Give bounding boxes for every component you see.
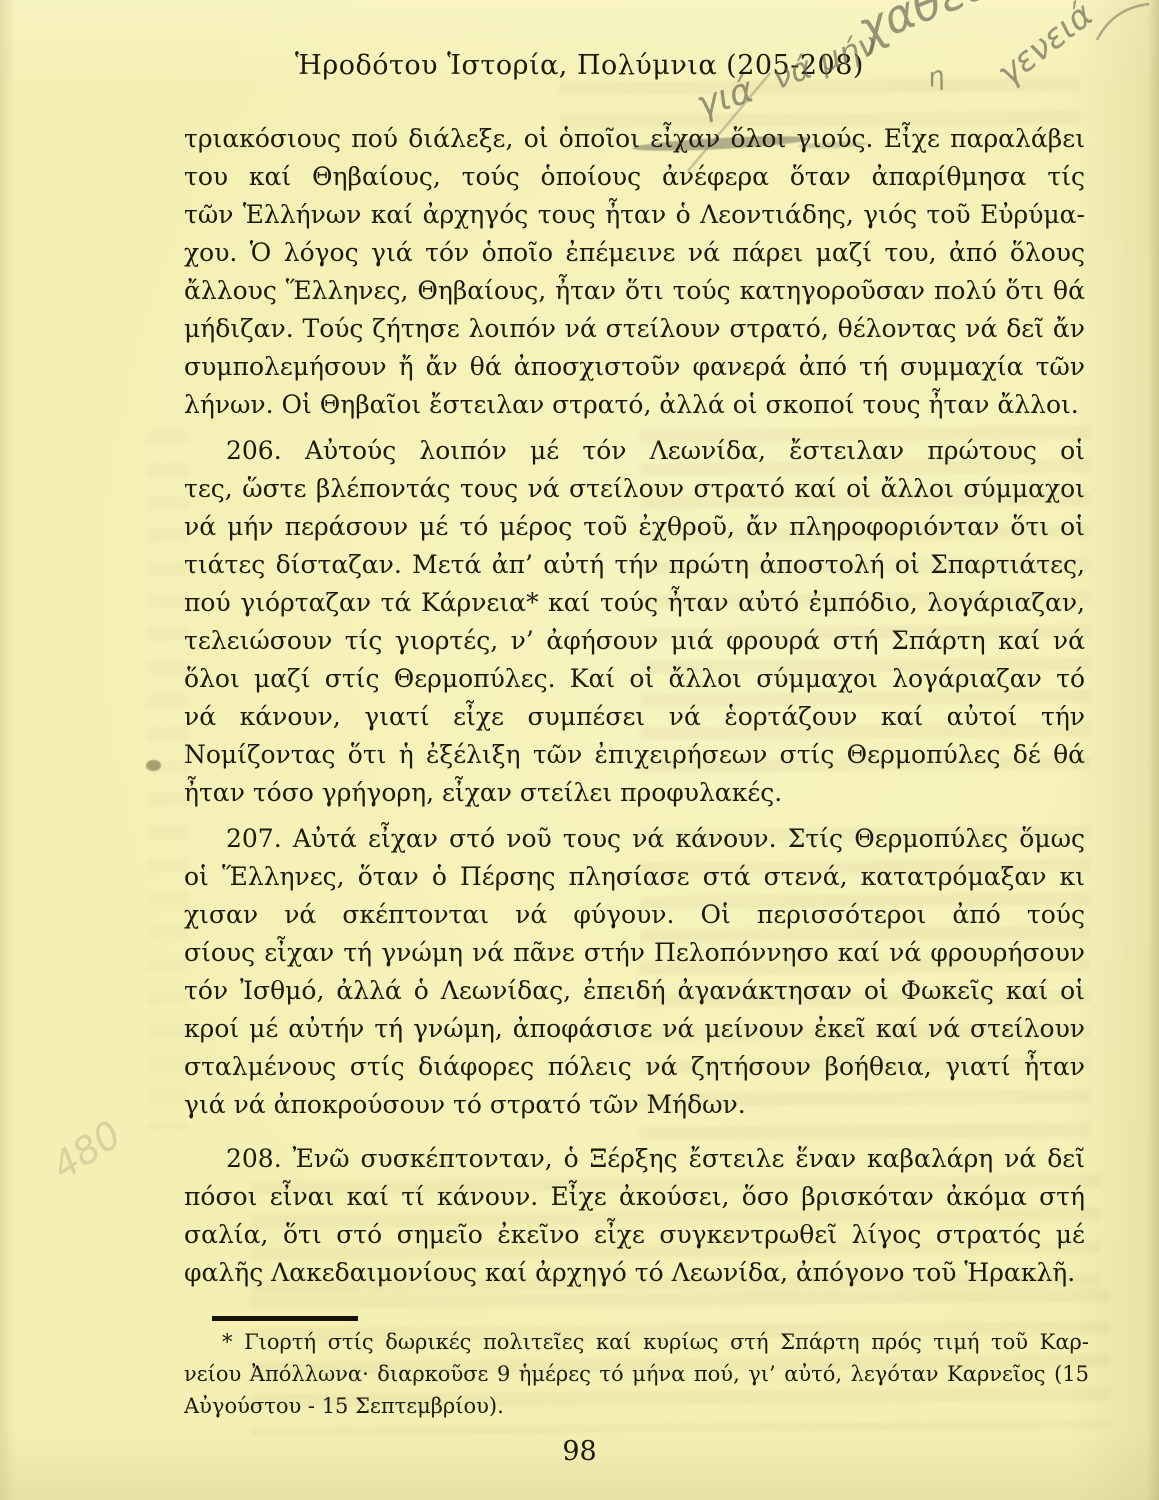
footnote-line: * Γιορτή στίς δωρικές πολιτεῖες καί κυρί… <box>184 1326 1089 1358</box>
text-line: φαλῆς Λακεδαιμονίους καί ἀρχηγό τό Λεωνί… <box>184 1254 1085 1292</box>
text-line: πού γιόρταζαν τά Κάρνεια* καί τούς ἦταν … <box>184 584 1085 622</box>
text-line: τριακόσιους πού διάλεξε, οἱ ὁποῖοι εἶχαν… <box>184 120 1085 158</box>
text-line: γιά νά ἀποκρούσουν τό στρατό τῶν Μήδων. <box>184 1086 1085 1124</box>
text-line: 207. Αὐτά εἶχαν στό νοῦ τους νά κάνουν. … <box>184 820 1085 858</box>
text-line: συμπολεμήσουν ἤ ἄν θά ἀποσχιστοῦν φανερά… <box>184 348 1085 386</box>
text-line: κροί μέ αὐτήν τή γνώμη, ἀποφάσισε νά μεί… <box>184 1010 1085 1048</box>
pencil-flourish-stroke <box>1093 0 1155 42</box>
text-line: ἄλλους Ἕλληνες, Θηβαίους, ἦταν ὅτι τούς … <box>184 272 1085 310</box>
paragraph-208: 208. Ἐνῶ συσκέπτονταν, ὁ Ξέρξης ἔστειλε … <box>184 1140 1085 1292</box>
text-line: χισαν νά σκέπτονται νά φύγουν. Οἱ περισσ… <box>184 896 1085 934</box>
text-line: ἦταν τόσο γρήγορη, εἶχαν στείλει προφυλα… <box>184 774 1085 812</box>
text-line: ὅλοι μαζί στίς Θερμοπύλες. Καί οἱ ἄλλοι … <box>184 660 1085 698</box>
text-line: μήδιζαν. Τούς ζήτησε λοιπόν νά στείλουν … <box>184 310 1085 348</box>
page-header: Ἡροδότου Ἱστορία, Πολύμνια (205-208) <box>0 50 1159 81</box>
text-line: τες, ὥστε βλέποντάς τους νά στείλουν στρ… <box>184 470 1085 508</box>
bleedthrough-ghost <box>148 430 188 1130</box>
ink-smudge <box>146 760 161 771</box>
text-line: χου. Ὁ λόγος γιά τόν ὁποῖο ἐπέμεινε νά π… <box>184 234 1085 272</box>
footnote: * Γιορτή στίς δωρικές πολιτεῖες καί κυρί… <box>184 1326 1089 1422</box>
text-line: σταλμένους στίς διάφορες πόλεις νά ζητήσ… <box>184 1048 1085 1086</box>
scanned-book-page: Ἡροδότου Ἱστορία, Πολύμνια (205-208) γιά… <box>0 0 1159 1500</box>
text-line: πόσοι εἶναι καί τί κάνουν. Εἶχε ἀκούσει,… <box>184 1178 1085 1216</box>
text-line: του καί Θηβαίους, τούς ὁποίους ἀνέφερα ὅ… <box>184 158 1085 196</box>
text-line: 208. Ἐνῶ συσκέπτονταν, ὁ Ξέρξης ἔστειλε … <box>184 1140 1085 1178</box>
footnote-line: Αὐγούστου - 15 Σεπτεμβρίου). <box>184 1390 1089 1422</box>
text-line: σίους εἶχαν τή γνώμη νά πᾶνε στήν Πελοπό… <box>184 934 1085 972</box>
paragraph-206: 206. Αὐτούς λοιπόν μέ τόν Λεωνίδα, ἔστει… <box>184 432 1085 812</box>
text-line: νά κάνουν, γιατί εἶχε συμπέσει νά ἑορτάζ… <box>184 698 1085 736</box>
text-line: 206. Αὐτούς λοιπόν μέ τόν Λεωνίδα, ἔστει… <box>184 432 1085 470</box>
text-line: σαλία, ὅτι στό σημεῖο ἐκεῖνο εἶχε συγκεν… <box>184 1216 1085 1254</box>
footnote-line: νείου Ἀπόλλωνα· διαρκοῦσε 9 ἡμέρες τό μή… <box>184 1358 1089 1390</box>
footnote-rule <box>212 1316 358 1321</box>
margin-pencil-note: 480 <box>44 1112 129 1188</box>
handwritten-note-word: χαθεί <box>850 0 987 56</box>
text-line: λήνων. Οἱ Θηβαῖοι ἔστειλαν στρατό, ἀλλά … <box>184 386 1085 424</box>
text-line: Νομίζοντας ὅτι ἡ ἐξέλιξη τῶν ἐπιχειρήσεω… <box>184 736 1085 774</box>
text-line: οἱ Ἕλληνες, ὅταν ὁ Πέρσης πλησίασε στά σ… <box>184 858 1085 896</box>
page-number: 98 <box>0 1436 1159 1467</box>
text-line: τῶν Ἑλλήνων καί ἀρχηγός τους ἦταν ὁ Λεον… <box>184 196 1085 234</box>
text-line: τόν Ἰσθμό, ἀλλά ὁ Λεωνίδας, ἐπειδή ἀγανά… <box>184 972 1085 1010</box>
text-line: τιάτες δίσταζαν. Μετά ἀπ’ αὐτή τήν πρώτη… <box>184 546 1085 584</box>
text-line: νά μήν περάσουν μέ τό μέρος τοῦ ἐχθροῦ, … <box>184 508 1085 546</box>
paragraph-continuation: τριακόσιους πού διάλεξε, οἱ ὁποῖοι εἶχαν… <box>184 120 1085 424</box>
paragraph-207: 207. Αὐτά εἶχαν στό νοῦ τους νά κάνουν. … <box>184 820 1085 1124</box>
text-line: τελειώσουν τίς γιορτές, ν’ ἀφήσουν μιά φ… <box>184 622 1085 660</box>
